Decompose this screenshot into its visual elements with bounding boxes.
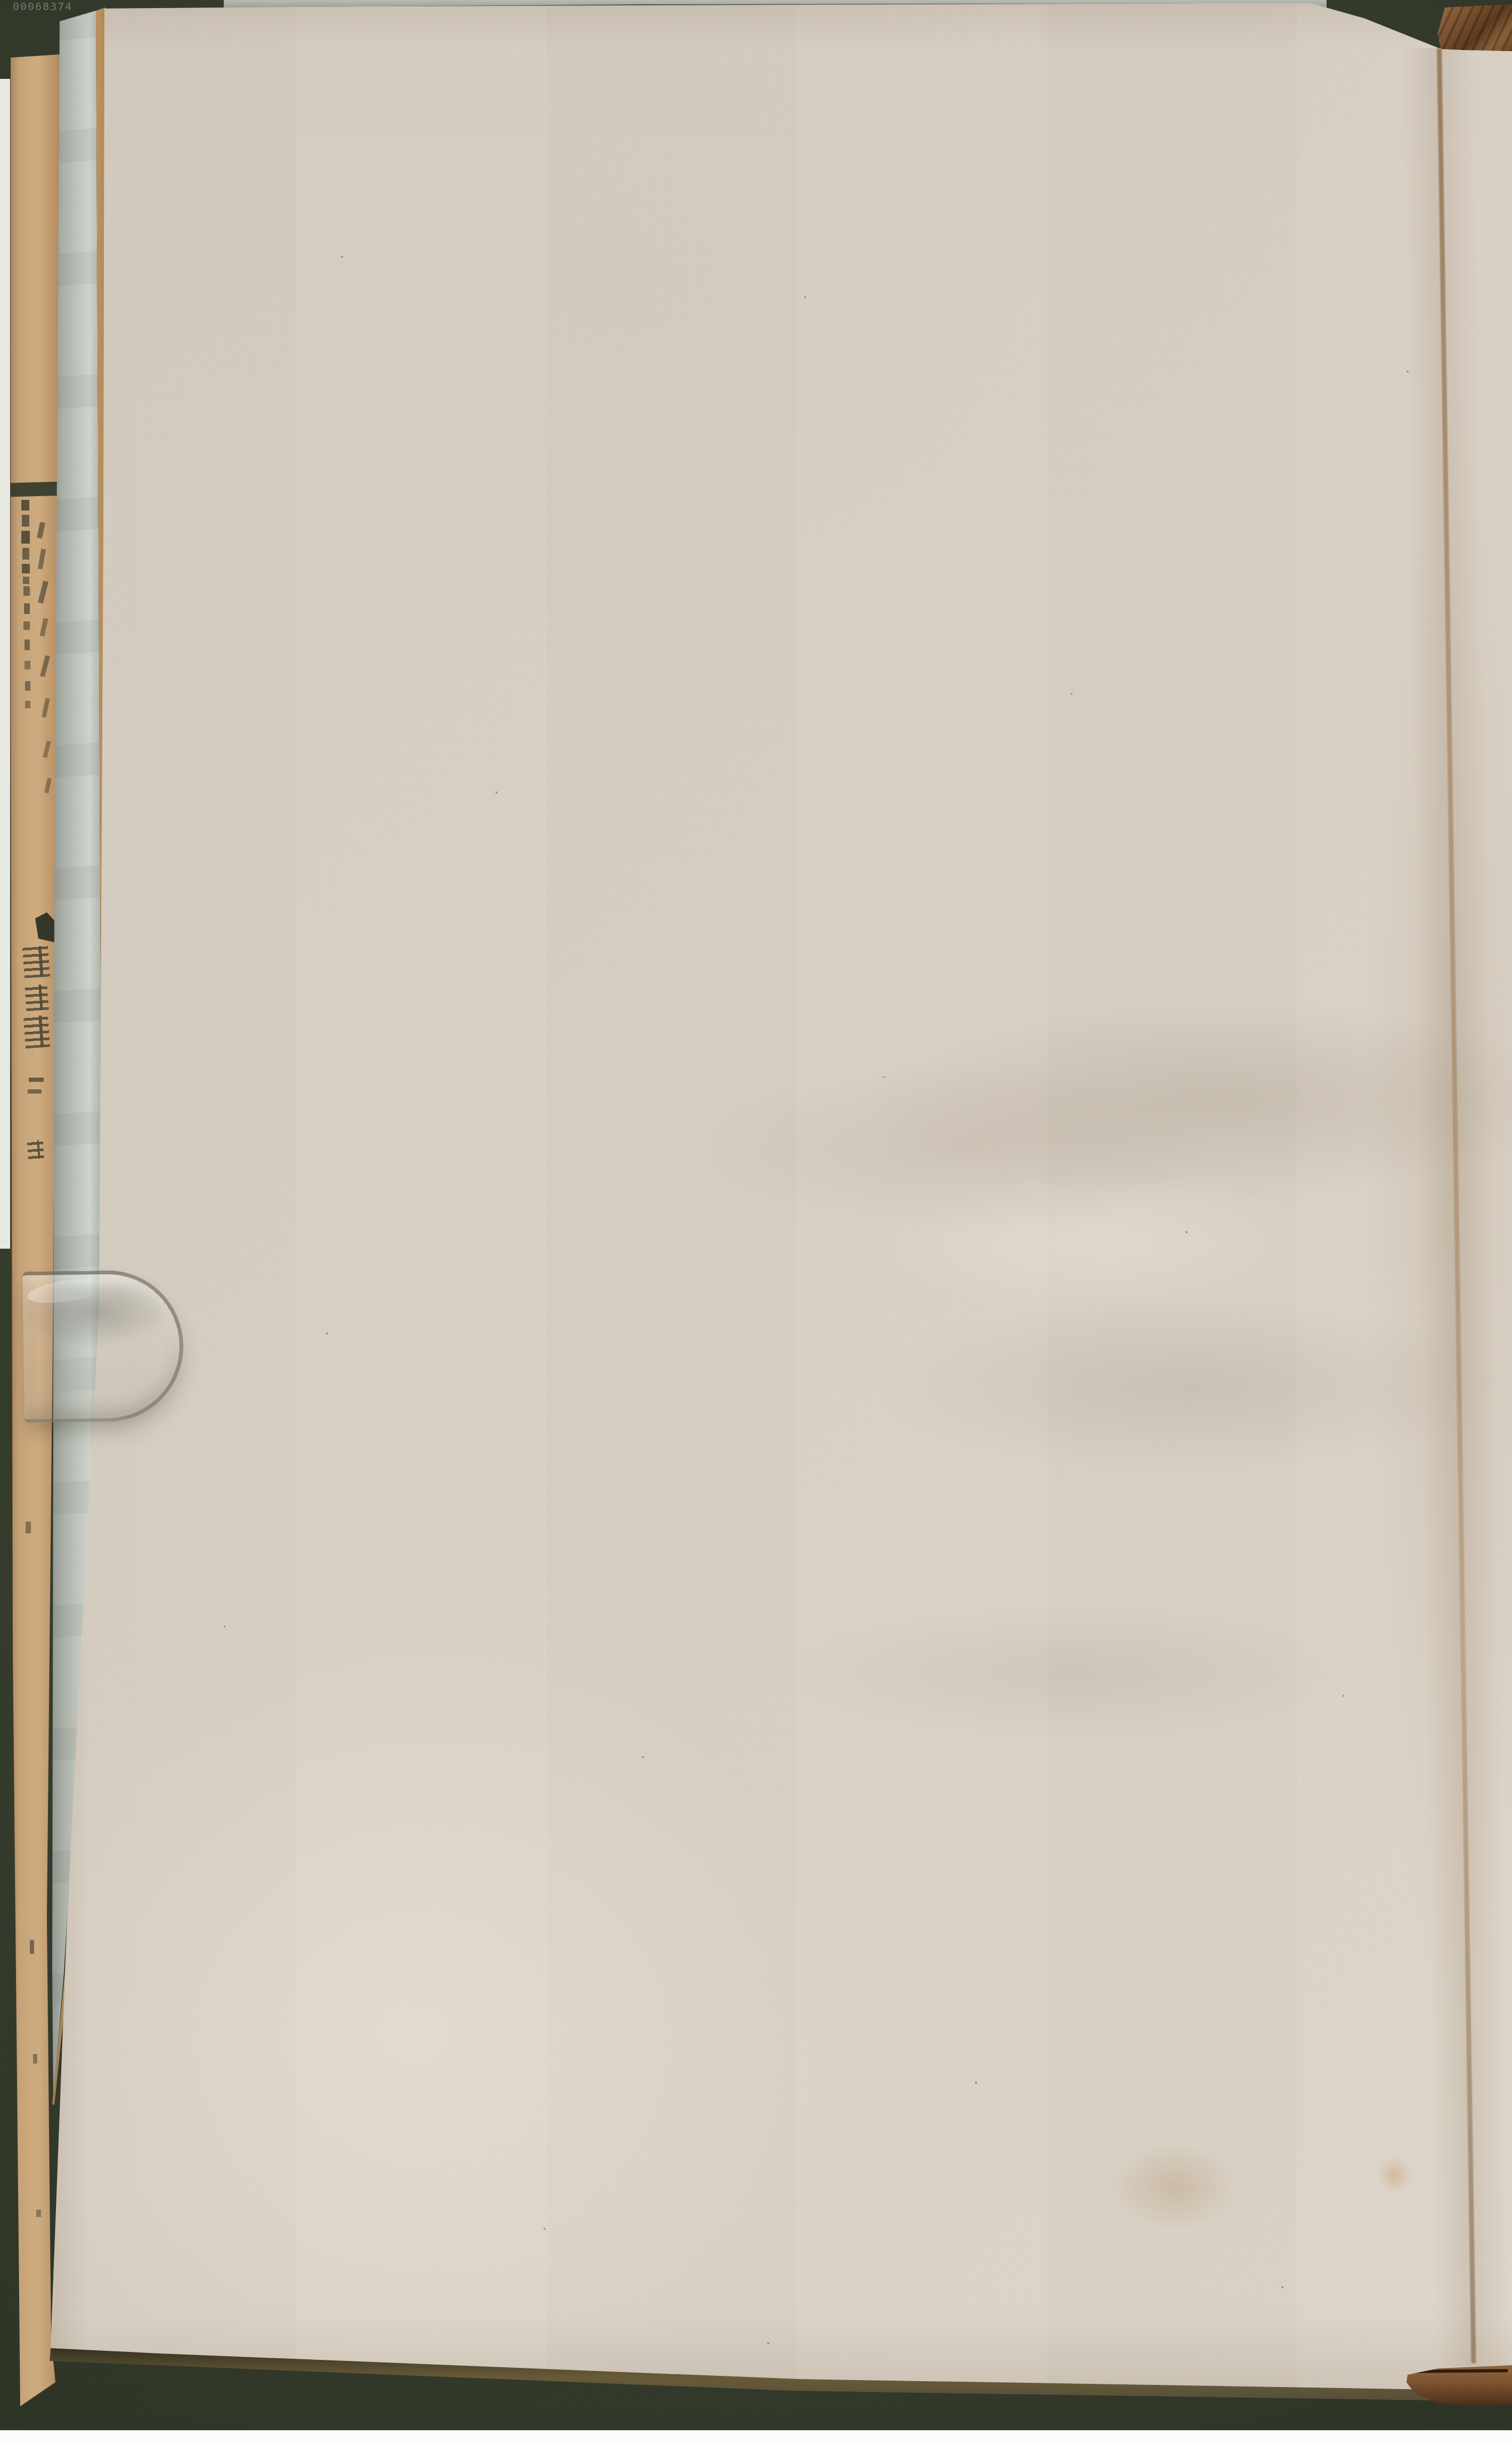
scan-id-watermark: 00068374	[13, 0, 72, 13]
foxing-speck	[326, 1332, 328, 1334]
ink-mark	[29, 1078, 44, 1082]
leather-cover-corner-top	[1433, 3, 1512, 52]
kanji-fragment-3	[23, 1015, 50, 1048]
ink-stroke	[38, 549, 46, 570]
foxing-speck	[804, 296, 806, 298]
foxing-speck	[495, 791, 498, 794]
transparent-page-clip	[22, 1269, 184, 1423]
ink-stroke	[43, 741, 51, 758]
ink-stroke	[38, 580, 48, 603]
ink-stroke	[42, 698, 50, 718]
foxing-speck	[341, 256, 343, 258]
book-scan-canvas: 00068374	[0, 0, 1512, 2443]
ink-tick	[36, 2210, 41, 2217]
ink-mark	[22, 515, 29, 527]
ink-mark	[21, 500, 29, 511]
paper-texture	[45, 1, 1512, 2390]
ink-mark	[22, 548, 29, 560]
ink-tick	[33, 2054, 37, 2064]
ink-tick	[26, 1522, 31, 1533]
kanji-fragment-1	[22, 945, 50, 978]
ink-mark	[23, 621, 30, 630]
foxing-speck	[224, 1625, 225, 1628]
kanji-fragment-2	[25, 984, 48, 1012]
foxing-speck	[1343, 1695, 1344, 1697]
ink-mark	[21, 531, 30, 544]
ink-band	[10, 482, 62, 497]
kanji-fragment-4	[27, 1140, 44, 1159]
clip-reflection	[26, 1274, 108, 1307]
foxing-speck	[1185, 1231, 1188, 1233]
ink-mark	[28, 1089, 42, 1094]
ink-mark	[25, 661, 30, 669]
ink-mark	[23, 577, 29, 584]
ink-mark	[25, 701, 30, 708]
ink-mark	[22, 564, 30, 573]
foxing-speck	[1281, 2286, 1283, 2288]
page-edge-sliver	[0, 79, 10, 1249]
ink-stroke	[37, 522, 45, 538]
foxing-speck	[642, 1756, 644, 1758]
ink-mark	[24, 603, 30, 614]
ink-stroke	[40, 656, 50, 677]
ink-stroke	[40, 618, 48, 636]
foxing-speck	[1407, 370, 1409, 373]
foxing-speck	[543, 2228, 546, 2230]
foxing-speck	[882, 1077, 886, 1078]
ink-mark	[25, 681, 30, 691]
ink-mark	[23, 586, 30, 596]
ink-blob	[35, 912, 56, 942]
ink-mark	[25, 640, 30, 650]
foxing-speck	[975, 2081, 977, 2084]
ink-tick	[30, 1940, 34, 1954]
blank-book-page	[45, 1, 1512, 2390]
foxing-speck	[767, 2342, 769, 2344]
scanner-bed-strip	[0, 2430, 1512, 2443]
ink-stroke	[44, 778, 52, 793]
foxing-speck	[1071, 693, 1072, 695]
